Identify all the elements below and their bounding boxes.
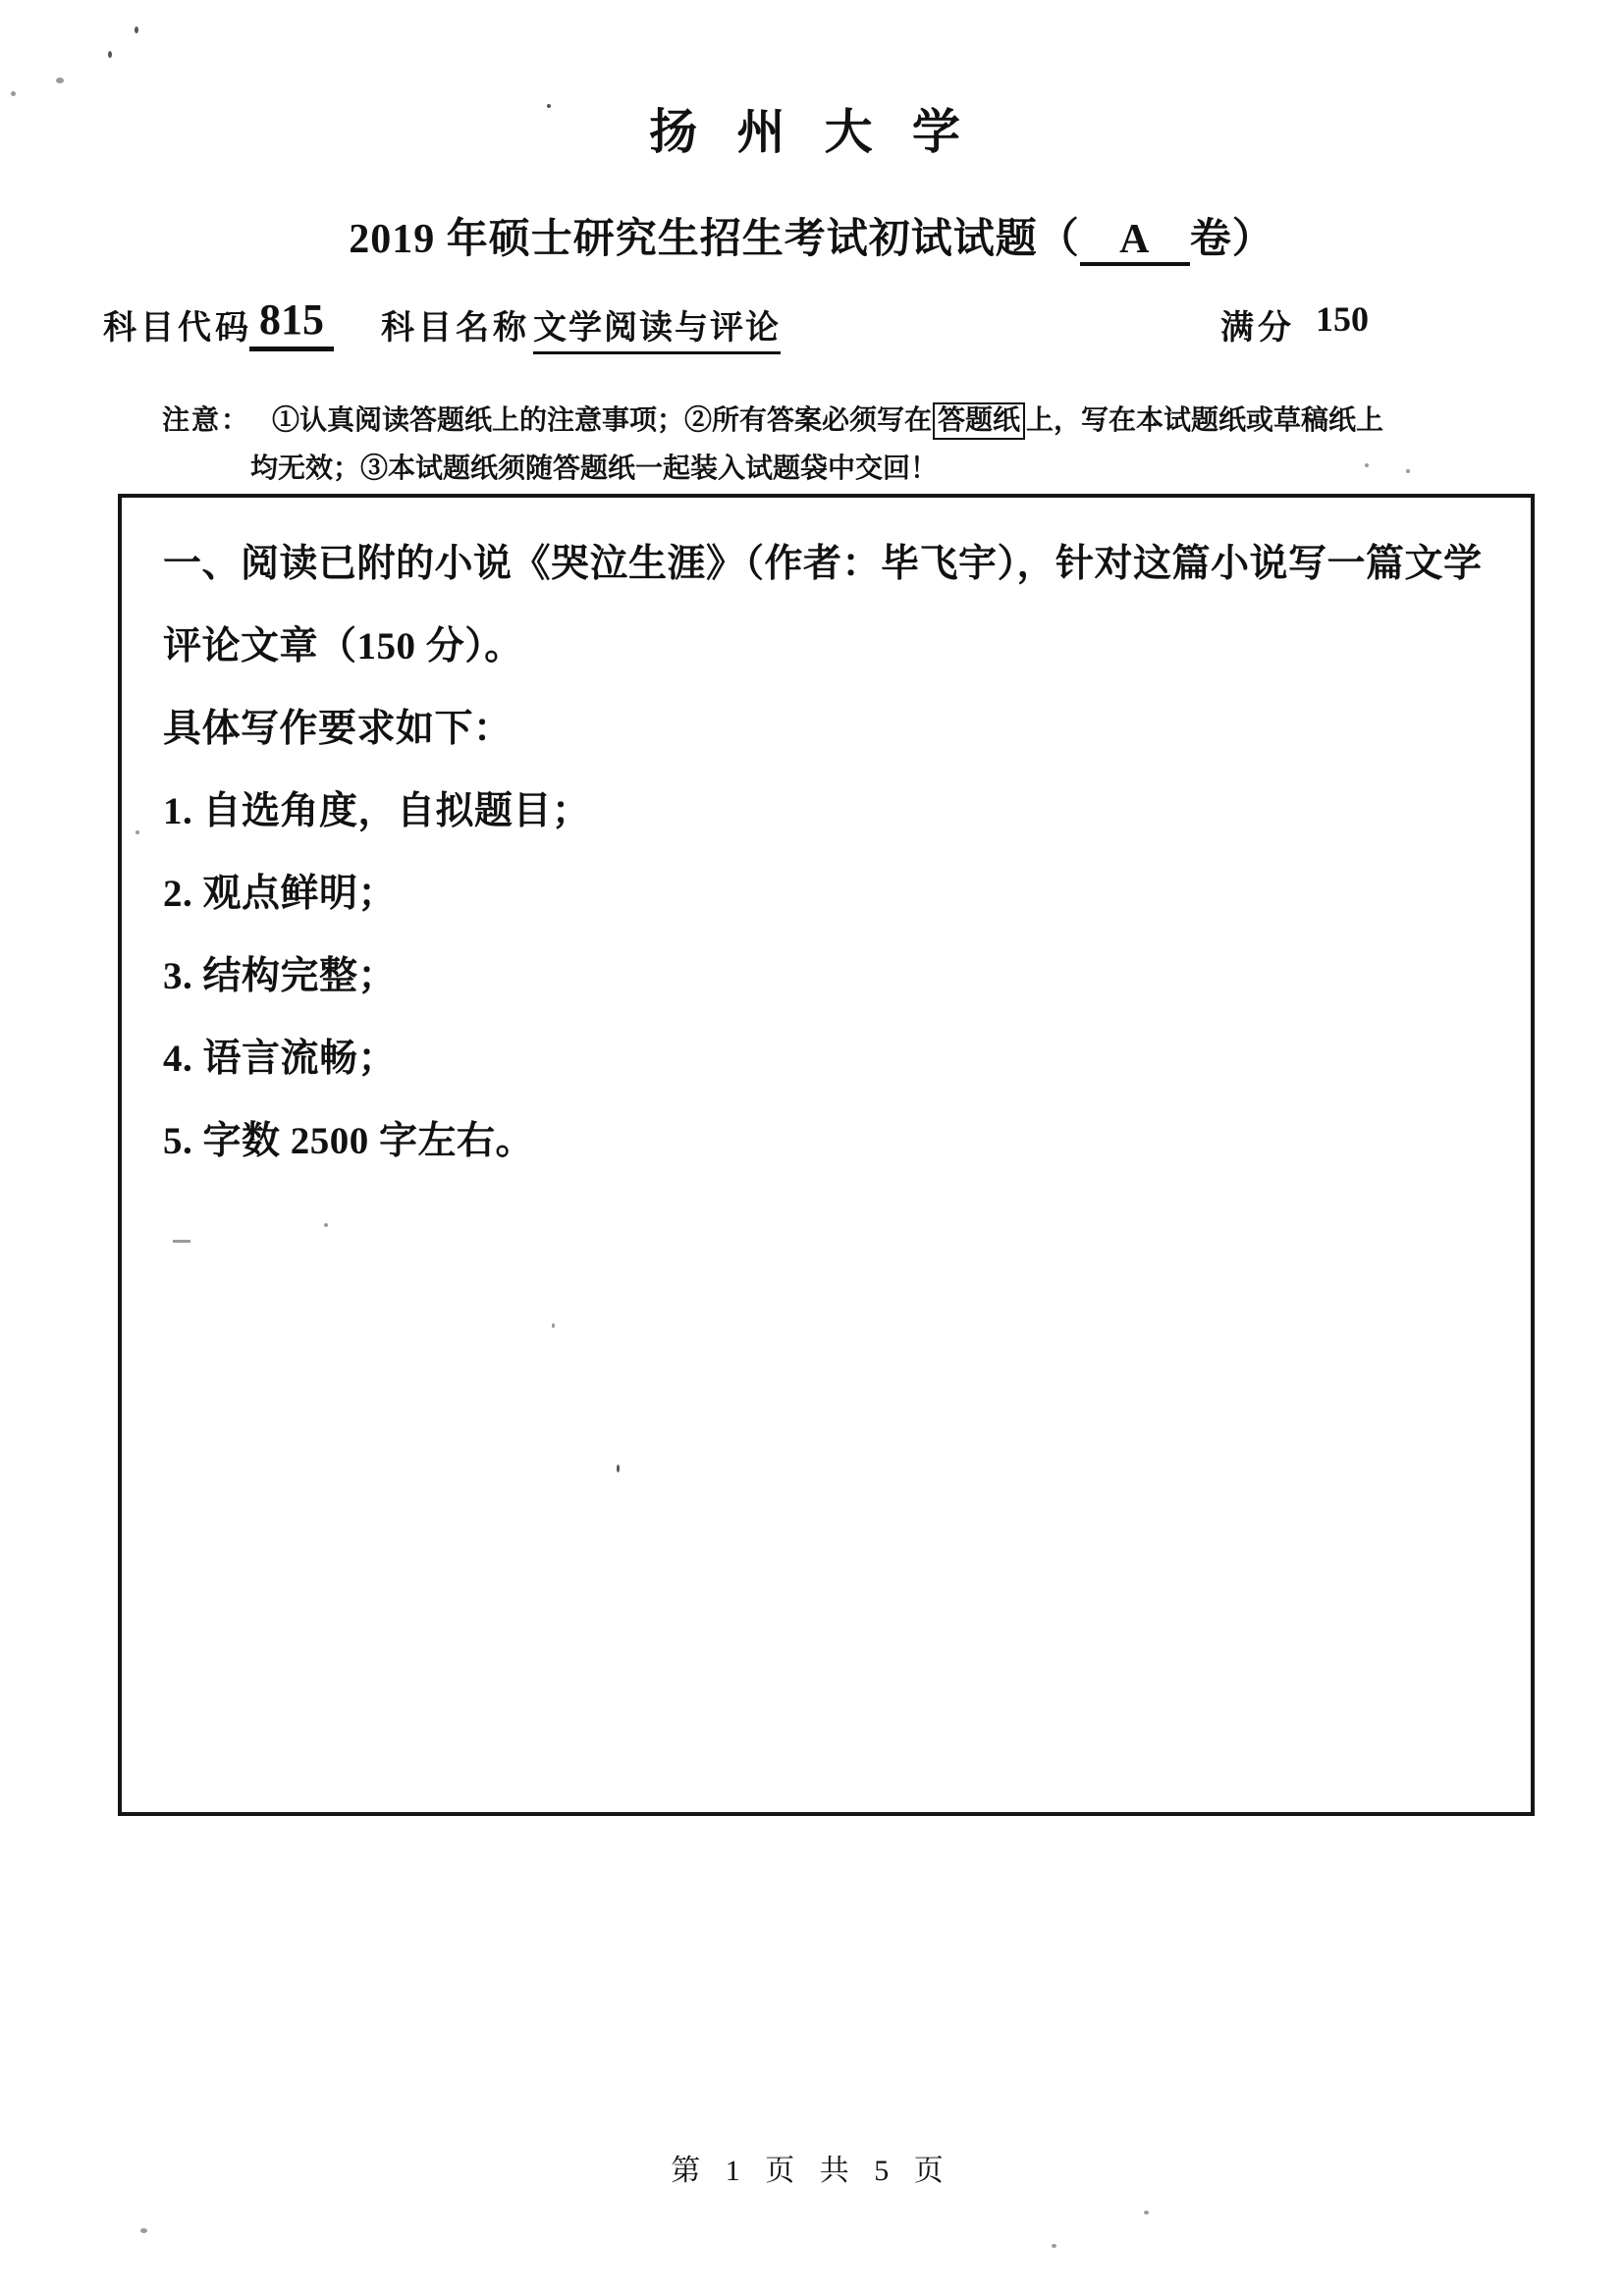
question-box: 一、阅读已附的小说《哭泣生涯》（作者：毕飞宇），针对这篇小说写一篇文学 评论文章… <box>118 494 1535 1816</box>
full-score-label: 满分 <box>1220 300 1295 348</box>
scan-speck <box>552 1323 555 1328</box>
exam-title: 2019 年硕士研究生招生考试初试试题（A卷） <box>0 206 1623 266</box>
scan-speck <box>56 78 64 83</box>
notice-label: 注意： <box>162 405 272 436</box>
scan-speck <box>135 27 138 33</box>
subject-code-label: 科目代码 <box>103 300 252 348</box>
scan-speck <box>1365 463 1369 467</box>
requirements-heading: 具体写作要求如下： <box>163 688 1501 771</box>
requirement-item-4: 4. 语言流畅； <box>163 1018 1501 1100</box>
university-title: 扬 州 大 学 <box>0 94 1623 163</box>
subject-name-value: 文学阅读与评论 <box>533 300 781 354</box>
subject-code-value: 815 <box>249 294 334 351</box>
notice-line-2: 均无效；③本试题纸须随答题纸一起装入试题袋中交回！ <box>162 445 1468 493</box>
scan-speck <box>1144 2211 1149 2215</box>
subject-row: 科目代码 815 科目名称 文学阅读与评论 满分 150 <box>0 294 1623 357</box>
requirement-item-5: 5. 字数 2500 字左右。 <box>163 1100 1501 1183</box>
scan-speck <box>1052 2244 1056 2248</box>
notice-text-part1: ①认真阅读答题纸上的注意事项；②所有答案必须写在 <box>272 405 932 436</box>
full-score-value: 150 <box>1316 298 1369 340</box>
requirement-item-1: 1. 自选角度，自拟题目； <box>163 771 1501 853</box>
exam-title-suffix: 卷） <box>1190 217 1274 262</box>
question-intro-line-1: 一、阅读已附的小说《哭泣生涯》（作者：毕飞宇），针对这篇小说写一篇文学 <box>163 523 1501 606</box>
notice-line-1: 注意：①认真阅读答题纸上的注意事项；②所有答案必须写在答题纸上，写在本试题纸或草… <box>162 397 1468 445</box>
scan-speck <box>140 2228 147 2233</box>
notice-text-part2: 上，写在本试题纸或草稿纸上 <box>1026 405 1383 436</box>
paper-variant: A <box>1080 217 1190 266</box>
scan-speck <box>617 1465 620 1472</box>
question-intro-line-2: 评论文章（150 分）。 <box>163 606 1501 688</box>
scan-speck <box>547 104 551 108</box>
scan-speck <box>173 1240 190 1243</box>
requirement-item-2: 2. 观点鲜明； <box>163 853 1501 935</box>
scan-speck <box>1406 469 1410 473</box>
requirement-item-3: 3. 结构完整； <box>163 935 1501 1018</box>
scan-speck <box>135 830 139 834</box>
scan-speck <box>108 51 112 58</box>
notice-boxed-term: 答题纸 <box>933 402 1025 440</box>
scan-speck <box>324 1223 328 1227</box>
notice-block: 注意：①认真阅读答题纸上的注意事项；②所有答案必须写在答题纸上，写在本试题纸或草… <box>162 397 1468 493</box>
scan-speck <box>11 91 16 96</box>
page-number-footer: 第 1 页 共 5 页 <box>0 2146 1623 2189</box>
exam-title-prefix: 2019 年硕士研究生招生考试初试试题（ <box>349 217 1080 262</box>
subject-name-label: 科目名称 <box>381 300 530 348</box>
exam-paper-page: 扬 州 大 学 2019 年硕士研究生招生考试初试试题（A卷） 科目代码 815… <box>0 0 1623 2296</box>
